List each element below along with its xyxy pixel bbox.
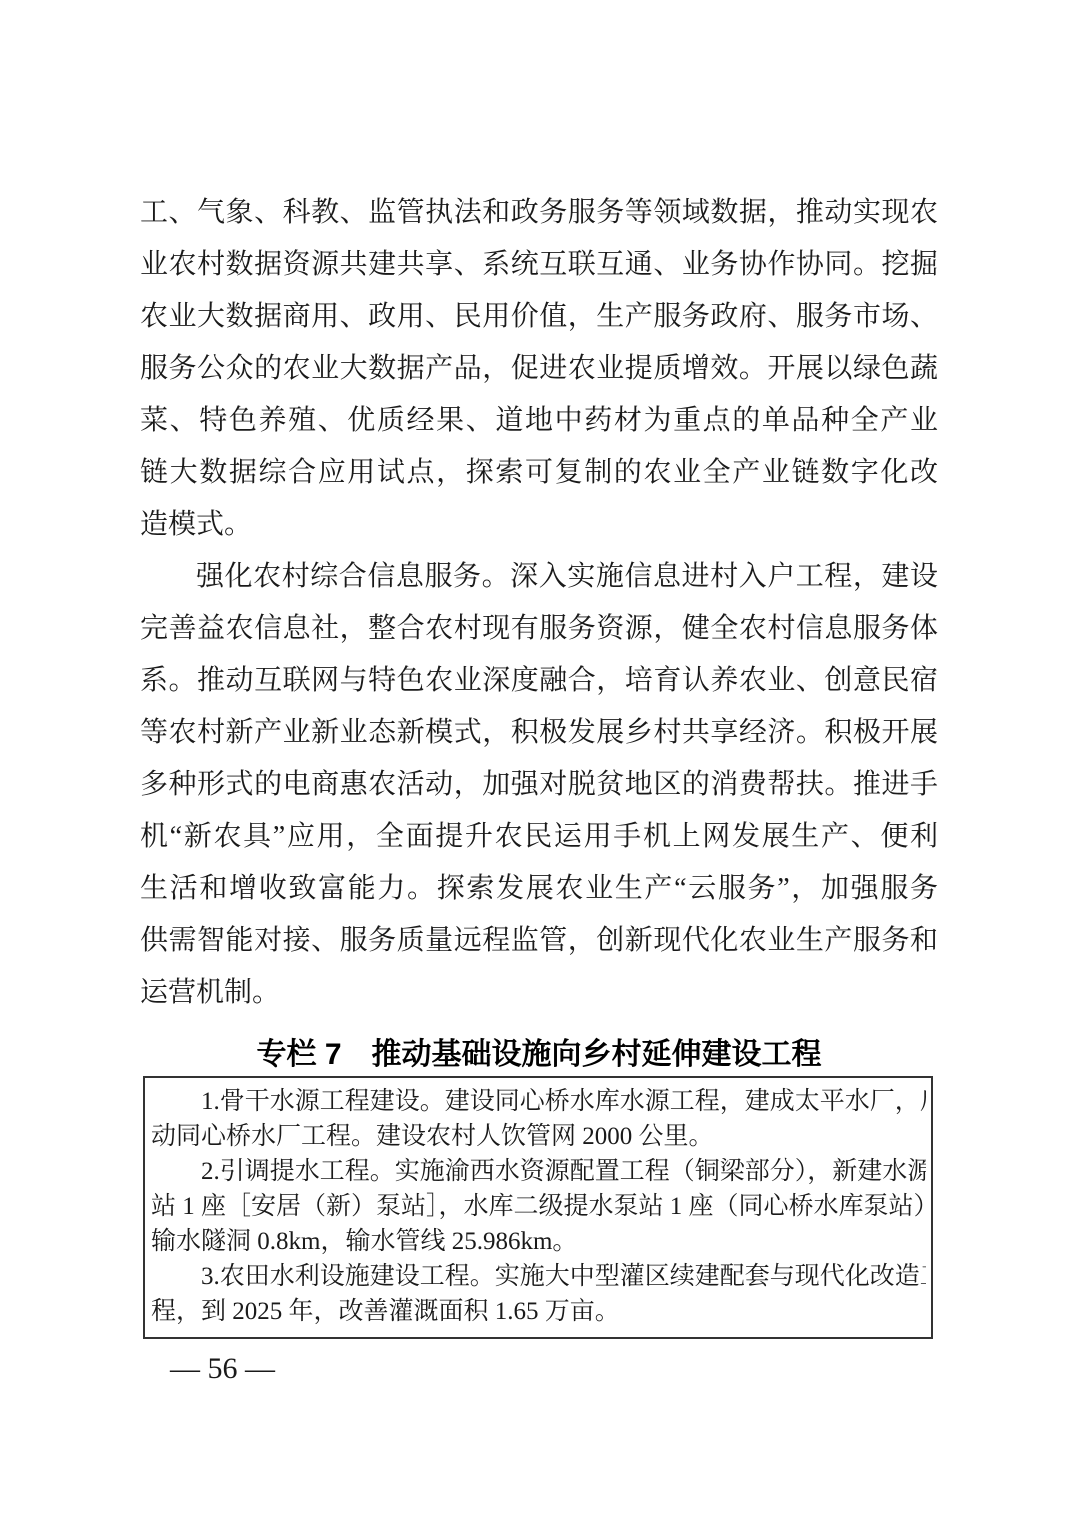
body-text-line: 业农村数据资源共建共享、系统互联互通、业务协作协同。挖掘 — [140, 239, 938, 291]
panel-text-line: 站 1 座［安居（新）泵站］，水库二级提水泵站 1 座（同心桥水库泵站）， — [151, 1189, 926, 1224]
panel-title: 专栏 7 推动基础设施向乡村延伸建设工程 — [140, 1033, 938, 1077]
panel-text-line: 程，到 2025 年，改善灌溉面积 1.65 万亩。 — [151, 1294, 926, 1329]
body-text-line: 等农村新产业新业态新模式，积极发展乡村共享经济。积极开展 — [140, 707, 938, 759]
body-text-line: 机“新农具”应用，全面提升农民运用手机上网发展生产、便利 — [140, 811, 938, 863]
body-text-line: 系。推动互联网与特色农业深度融合，培育认养农业、创意民宿 — [140, 655, 938, 707]
panel-text-line: 输水隧洞 0.8km，输水管线 25.986km。 — [151, 1224, 926, 1259]
body-text-line: 强化农村综合信息服务。深入实施信息进村入户工程，建设 — [140, 551, 938, 603]
page-number: — 56 — — [170, 1351, 275, 1387]
body-text-line: 完善益农信息社，整合农村现有服务资源，健全农村信息服务体 — [140, 603, 938, 655]
panel-text-line: 3.农田水利设施建设工程。实施大中型灌区续建配套与现代化改造工 — [151, 1259, 926, 1294]
panel-box: 1.骨干水源工程建设。建设同心桥水库水源工程，建成太平水厂，启动同心桥水厂工程。… — [143, 1076, 933, 1339]
panel-text-line: 动同心桥水厂工程。建设农村人饮管网 2000 公里。 — [151, 1119, 926, 1154]
panel-text-line: 2.引调提水工程。实施渝西水资源配置工程（铜梁部分），新建水源泵 — [151, 1154, 926, 1189]
body-text-line: 生活和增收致富能力。探索发展农业生产“云服务”，加强服务 — [140, 863, 938, 915]
body-text-line: 运营机制。 — [140, 967, 938, 1019]
body-text-line: 链大数据综合应用试点，探索可复制的农业全产业链数字化改 — [140, 447, 938, 499]
body-text: 工、气象、科教、监管执法和政务服务等领域数据，推动实现农业农村数据资源共建共享、… — [140, 187, 938, 1019]
body-text-line: 农业大数据商用、政用、民用价值，生产服务政府、服务市场、 — [140, 291, 938, 343]
body-text-line: 供需智能对接、服务质量远程监管，创新现代化农业生产服务和 — [140, 915, 938, 967]
body-text-line: 菜、特色养殖、优质经果、道地中药材为重点的单品种全产业 — [140, 395, 938, 447]
panel-text-line: 1.骨干水源工程建设。建设同心桥水库水源工程，建成太平水厂，启 — [151, 1084, 926, 1119]
document-page: 工、气象、科教、监管执法和政务服务等领域数据，推动实现农业农村数据资源共建共享、… — [0, 0, 1074, 1520]
body-text-line: 工、气象、科教、监管执法和政务服务等领域数据，推动实现农 — [140, 187, 938, 239]
body-text-line: 服务公众的农业大数据产品，促进农业提质增效。开展以绿色蔬 — [140, 343, 938, 395]
body-text-line: 多种形式的电商惠农活动，加强对脱贫地区的消费帮扶。推进手 — [140, 759, 938, 811]
body-text-line: 造模式。 — [140, 499, 938, 551]
